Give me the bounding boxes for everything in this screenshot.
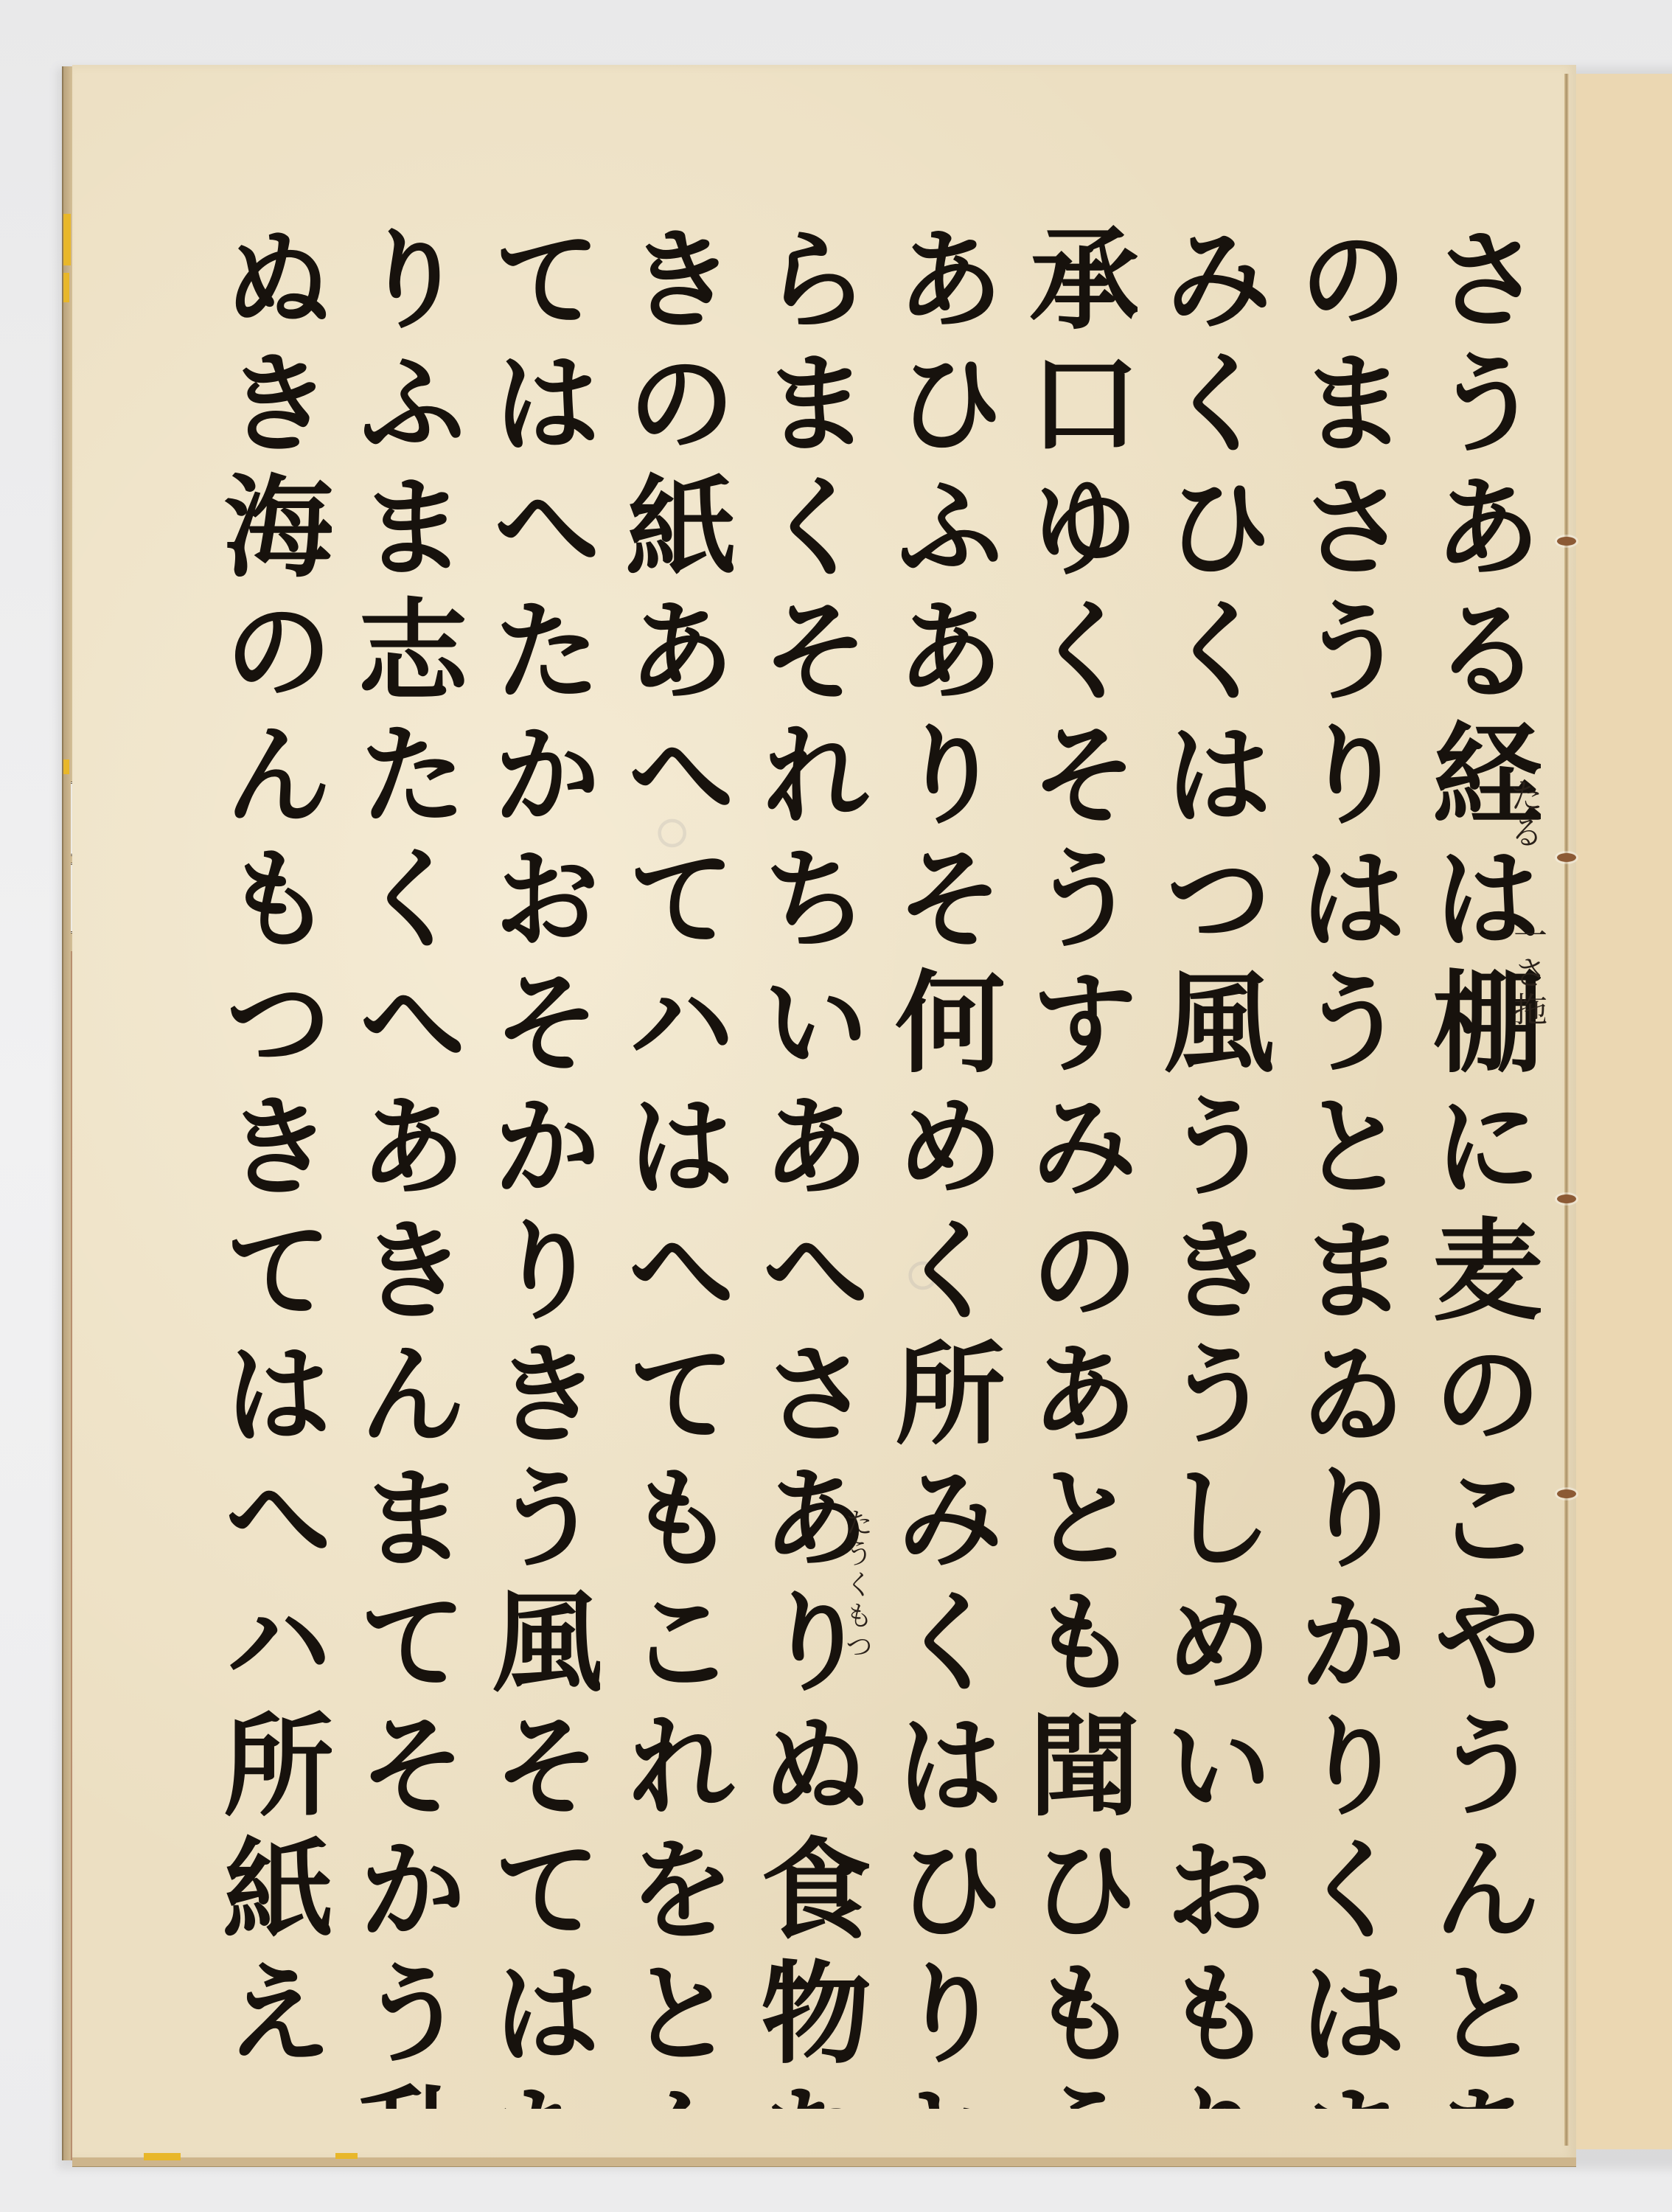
- text-column-10: ぬき海のんもつきてはへハ所紙えへても遍あ: [214, 221, 332, 2109]
- binding-gutter: [1564, 74, 1569, 2146]
- gold-fleck: [63, 214, 71, 265]
- binding-stitch-hole: [1557, 1194, 1576, 1203]
- gold-fleck: [63, 759, 69, 774]
- ruby-annotation-side-note: 一さ拖: [1504, 918, 1553, 1029]
- text-column-1: さうある経は棚に麦のこやうんとあはれ: [1423, 221, 1541, 2109]
- text-column-8: てはへたかおそかりきう風そてはたりもと世: [482, 221, 600, 2109]
- text-column-7: きの紙あへてハはへてもこれをとんくひ道: [617, 221, 735, 2109]
- text-column-9: りふま志たくへあきんまてそかう乱おう: [348, 221, 466, 2109]
- text-block: さうある経は棚に麦のこやうんとあはれ のまさうりはうとまゐりかりくはまうく みく…: [214, 221, 1541, 2109]
- gold-fleck: [144, 2153, 181, 2160]
- text-column-2: のまさうりはうとまゐりかりくはまうく: [1289, 221, 1407, 2109]
- text-column-6: らまくそれちいあへさありぬ食物なりぬ: [751, 221, 869, 2109]
- page-bottom-edge: [72, 2157, 1576, 2167]
- gold-fleck: [63, 273, 69, 302]
- next-page-fragment: 了: [1650, 1983, 1672, 2042]
- ruby-annotation-food: たうくもつ: [837, 1508, 877, 1663]
- next-page-edge: 了: [1569, 74, 1672, 2149]
- ruby-annotation-taru: たる: [1500, 778, 1549, 852]
- binding-stitch-hole: [1557, 1489, 1576, 1498]
- text-column-4: 承口ゆくそうすみのあとも聞ひもうまた所: [1020, 221, 1138, 2109]
- gold-fleck: [335, 2153, 358, 2159]
- text-column-5: あひふありそ何めく所みくはひりと出: [885, 221, 1003, 2109]
- text-column-3: みくひくはつ風うきうしめいおもりまうく: [1154, 221, 1272, 2109]
- binding-stitch-hole: [1557, 853, 1576, 862]
- binding-stitch-hole: [1557, 537, 1576, 546]
